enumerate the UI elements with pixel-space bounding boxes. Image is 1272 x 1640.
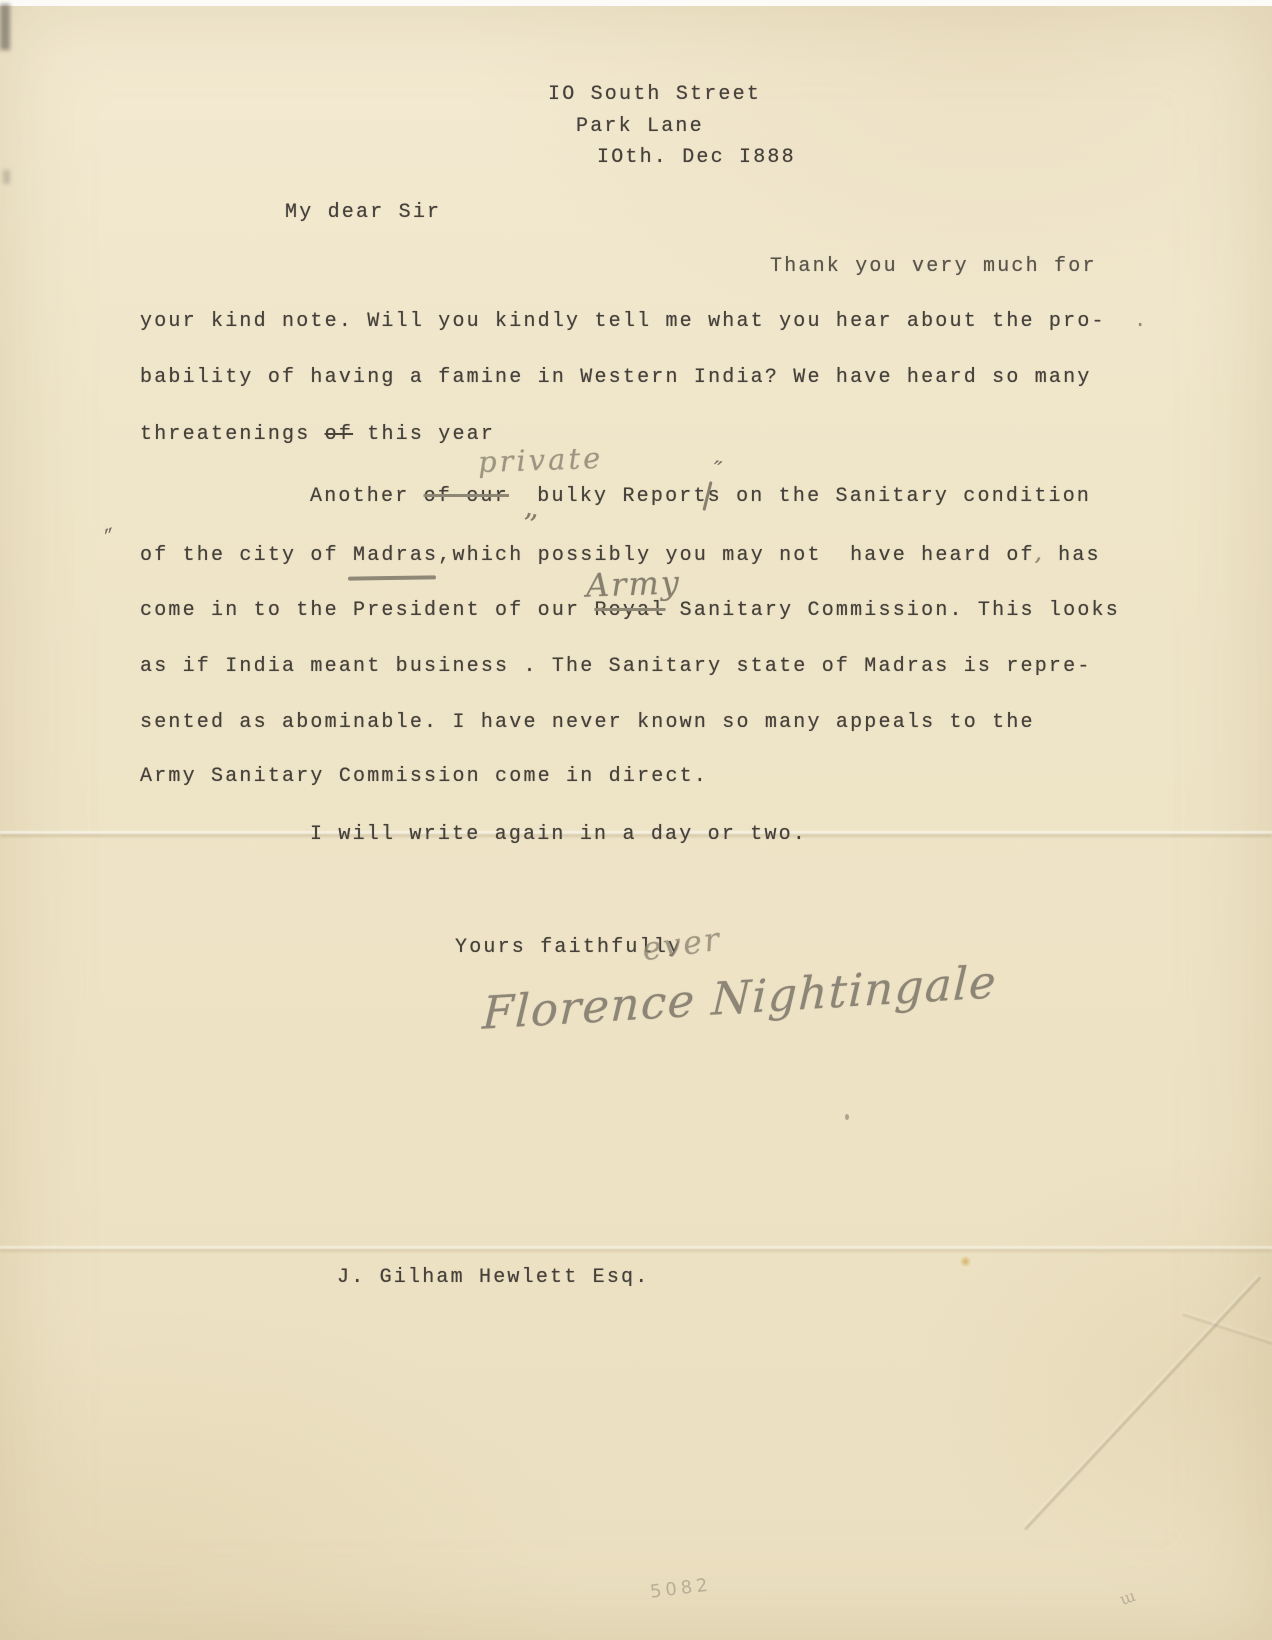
address-line-2: Park Lane (576, 117, 704, 137)
body-line-4-a: Another (310, 485, 424, 508)
body-line-3: threatenings of this year (140, 425, 495, 445)
body-opening-line: Thank you very much for (770, 257, 1097, 277)
fold-crease-lower (0, 1246, 1272, 1253)
archive-number: 5082 (649, 1576, 713, 1601)
stray-dot-glyph: . (1134, 310, 1148, 333)
scan-smudge (0, 4, 10, 50)
body-line-4-b: bulky Report (509, 485, 708, 508)
salutation: My dear Sir (285, 203, 441, 223)
body-line-6-a: come in to the President of our (140, 599, 594, 622)
struck-word-royal: Royal (594, 599, 665, 622)
body-line-5-a: of the city of (140, 544, 353, 567)
body-line-4: Another of our bulky Reports on the Sani… (310, 487, 1091, 507)
letter-page: IO South Street Park Lane IOth. Dec I888… (0, 0, 1272, 1640)
struck-letter-s: s (708, 487, 722, 507)
addressee: J. Gilham Hewlett Esq. (337, 1268, 649, 1288)
annotation-private: private (478, 444, 604, 477)
body-line-8: sented as abominable. I have never known… (140, 713, 1035, 733)
pencil-speck (845, 1114, 849, 1120)
stain-spot (960, 1256, 971, 1267)
body-line-4-c: on the Sanitary condition (722, 485, 1091, 508)
diagonal-crease (1024, 1276, 1261, 1530)
struck-word-of: of (325, 423, 353, 446)
body-line-7: as if India meant business . The Sanitar… (140, 657, 1092, 677)
bottom-right-mark: ɯ (1117, 1586, 1138, 1609)
scan-smudge-small (3, 170, 10, 184)
body-line-5-c: has (1044, 544, 1101, 567)
body-line-1: your kind note. Will you kindly tell me … (140, 312, 1148, 332)
word-madras: Madras (353, 544, 438, 567)
scan-edge-strip (0, 0, 1272, 6)
body-line-10: I will write again in a day or two. (310, 825, 807, 845)
pencil-caret-mark: ″ (709, 455, 724, 484)
margin-quote-mark: ″ (102, 523, 120, 555)
stray-dot (1106, 310, 1134, 333)
date-line: IOth. Dec I888 (597, 148, 796, 168)
annotation-army: Army (585, 566, 681, 601)
madras-quote-mark: ” (518, 507, 540, 544)
body-line-3-a: threatenings (140, 423, 325, 446)
struck-words-of-our: of our (424, 485, 509, 508)
body-line-9: Army Sanitary Commission come in direct. (140, 767, 708, 787)
body-line-6: come in to the President of our Royal Sa… (140, 601, 1120, 621)
madras-underline (348, 575, 436, 580)
body-line-3-b: this year (353, 423, 495, 446)
closing-ever: ever (640, 923, 723, 966)
address-line-1: IO South Street (548, 85, 761, 105)
body-line-5-b: ,which possibly you may not have heard o… (438, 544, 1034, 567)
body-line-6-b: Sanitary Commission. This looks (665, 599, 1119, 622)
pencil-comma: , (1035, 541, 1044, 566)
signature: Florence Nightingale (481, 959, 998, 1036)
body-line-1-text: your kind note. Will you kindly tell me … (140, 310, 1106, 333)
body-line-5: of the city of Madras,which possibly you… (140, 543, 1101, 566)
body-line-2: bability of having a famine in Western I… (140, 368, 1092, 388)
